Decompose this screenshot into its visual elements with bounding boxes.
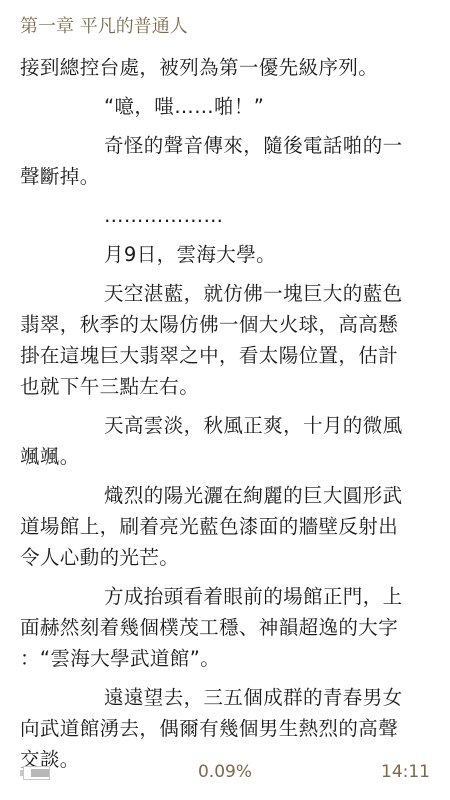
text-line: 奇怪的聲音傳來，隨後電話啪的一 [20, 130, 436, 161]
paragraph: 天空湛藍，就仿佛一塊巨大的藍色 翡翠，秋季的太陽仿佛一個大火球，高高懸 掛在這塊… [20, 278, 436, 402]
text-line: ……………… [20, 200, 436, 231]
paragraph: 奇怪的聲音傳來，隨後電話啪的一 聲斷掉。 [20, 130, 436, 192]
paragraph: “噫，嗤……啪！” [20, 91, 436, 122]
status-footer: 0.09% 14:11 [0, 760, 450, 790]
paragraph: 熾烈的陽光灑在絢麗的巨大圓形武 道場館上，刷着亮光藍色漆面的牆壁反射出 令人心動… [20, 480, 436, 573]
text-line: 聲斷掉。 [20, 161, 436, 192]
text-line: 也就下午三點左右。 [20, 371, 436, 402]
text-line: 向武道館湧去，偶爾有幾個男生熱烈的高聲 [20, 713, 436, 744]
paragraph: ……………… [20, 200, 436, 231]
paragraph: 月9日，雲海大學。 [20, 239, 436, 270]
text-line: 天空湛藍，就仿佛一塊巨大的藍色 [20, 278, 436, 309]
paragraph: 接到總控台處，被列為第一優先級序列。 [20, 52, 436, 83]
chapter-title: 第一章 平凡的普通人 [20, 14, 188, 40]
text-line: 掛在這塊巨大翡翠之中，看太陽位置，估計 [20, 340, 436, 371]
paragraph: 方成抬頭看着眼前的場館正門，上 面赫然刻着幾個樸茂工穩、神韻超逸的大字 ：“雲海… [20, 581, 436, 674]
text-line: “噫，嗤……啪！” [20, 91, 436, 122]
clock-time: 14:11 [381, 762, 430, 782]
text-line: 方成抬頭看着眼前的場館正門，上 [20, 581, 436, 612]
text-line: 接到總控台處，被列為第一優先級序列。 [20, 52, 436, 83]
text-line: 翡翠，秋季的太陽仿佛一個大火球，高高懸 [20, 309, 436, 340]
text-line: 天高雲淡，秋風正爽，十月的微風 [20, 410, 436, 441]
text-line: 道場館上，刷着亮光藍色漆面的牆壁反射出 [20, 511, 436, 542]
text-line: ：“雲海大學武道館”。 [20, 643, 436, 674]
text-line: 面赫然刻着幾個樸茂工穩、神韻超逸的大字 [20, 612, 436, 643]
text-line: 月9日，雲海大學。 [20, 239, 436, 270]
paragraph: 天高雲淡，秋風正爽，十月的微風 颯颯。 [20, 410, 436, 472]
text-line: 熾烈的陽光灑在絢麗的巨大圓形武 [20, 480, 436, 511]
text-line: 遠遠望去，三五個成群的青春男女 [20, 682, 436, 713]
text-line: 颯颯。 [20, 441, 436, 472]
text-line: 令人心動的光芒。 [20, 542, 436, 573]
reading-content[interactable]: 接到總控台處，被列為第一優先級序列。 “噫，嗤……啪！” 奇怪的聲音傳來，隨後電… [20, 52, 436, 783]
